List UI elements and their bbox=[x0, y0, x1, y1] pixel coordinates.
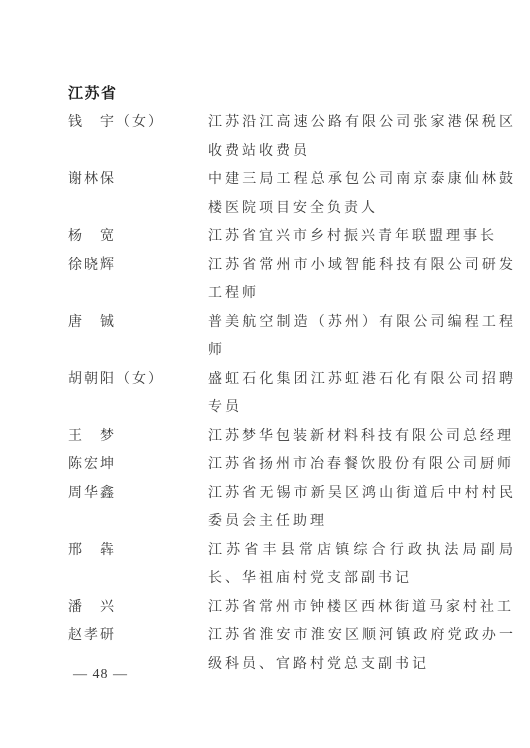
person-name: 王 梦 bbox=[68, 423, 208, 452]
person-affiliation: 江苏沿江高速公路有限公司张家港保税区收费站收费员 bbox=[208, 109, 516, 166]
person-affiliation: 江苏省常州市小域智能科技有限公司研发工程师 bbox=[208, 252, 516, 309]
section-header-province: 江苏省 bbox=[68, 84, 118, 104]
person-name: 陈宏坤 bbox=[68, 451, 208, 480]
list-item: 钱 宇（女） 江苏沿江高速公路有限公司张家港保税区收费站收费员 bbox=[68, 109, 516, 166]
person-name: 周华鑫 bbox=[68, 480, 208, 509]
person-affiliation: 江苏省扬州市冶春餐饮股份有限公司厨师 bbox=[208, 451, 516, 480]
person-name: 邢 犇 bbox=[68, 537, 208, 566]
person-name: 钱 宇（女） bbox=[68, 109, 208, 138]
list-item: 陈宏坤 江苏省扬州市冶春餐饮股份有限公司厨师 bbox=[68, 451, 516, 480]
list-item: 潘 兴 江苏省常州市钟楼区西林街道马家村社工 bbox=[68, 594, 516, 623]
honoree-list: 钱 宇（女） 江苏沿江高速公路有限公司张家港保税区收费站收费员 谢林保 中建三局… bbox=[68, 109, 516, 679]
list-item: 徐晓辉 江苏省常州市小域智能科技有限公司研发工程师 bbox=[68, 252, 516, 309]
list-item: 周华鑫 江苏省无锡市新吴区鸿山街道后中村村民委员会主任助理 bbox=[68, 480, 516, 537]
person-name: 唐 铖 bbox=[68, 309, 208, 338]
person-affiliation: 江苏省丰县常店镇综合行政执法局副局长、华祖庙村党支部副书记 bbox=[208, 537, 516, 594]
person-affiliation: 江苏省宜兴市乡村振兴青年联盟理事长 bbox=[208, 223, 516, 252]
list-item: 邢 犇 江苏省丰县常店镇综合行政执法局副局长、华祖庙村党支部副书记 bbox=[68, 537, 516, 594]
person-name: 徐晓辉 bbox=[68, 252, 208, 281]
list-item: 赵孝研 江苏省淮安市淮安区顺河镇政府党政办一级科员、官路村党总支副书记 bbox=[68, 622, 516, 679]
list-item: 杨 宽 江苏省宜兴市乡村振兴青年联盟理事长 bbox=[68, 223, 516, 252]
person-affiliation: 江苏省淮安市淮安区顺河镇政府党政办一级科员、官路村党总支副书记 bbox=[208, 622, 516, 679]
person-name: 杨 宽 bbox=[68, 223, 208, 252]
person-affiliation: 普美航空制造（苏州）有限公司编程工程师 bbox=[208, 309, 516, 366]
page-number: — 48 — bbox=[73, 665, 128, 685]
person-name: 胡朝阳（女） bbox=[68, 366, 208, 395]
person-name: 谢林保 bbox=[68, 166, 208, 195]
person-affiliation: 江苏省常州市钟楼区西林街道马家村社工 bbox=[208, 594, 516, 623]
person-name: 潘 兴 bbox=[68, 594, 208, 623]
list-item: 唐 铖 普美航空制造（苏州）有限公司编程工程师 bbox=[68, 309, 516, 366]
person-affiliation: 江苏梦华包装新材料科技有限公司总经理 bbox=[208, 423, 516, 452]
person-name: 赵孝研 bbox=[68, 622, 208, 651]
list-item: 胡朝阳（女） 盛虹石化集团江苏虹港石化有限公司招聘专员 bbox=[68, 366, 516, 423]
document-page: 江苏省 钱 宇（女） 江苏沿江高速公路有限公司张家港保税区收费站收费员 谢林保 … bbox=[0, 0, 530, 748]
person-affiliation: 盛虹石化集团江苏虹港石化有限公司招聘专员 bbox=[208, 366, 516, 423]
person-affiliation: 中建三局工程总承包公司南京泰康仙林鼓楼医院项目安全负责人 bbox=[208, 166, 516, 223]
list-item: 王 梦 江苏梦华包装新材料科技有限公司总经理 bbox=[68, 423, 516, 452]
list-item: 谢林保 中建三局工程总承包公司南京泰康仙林鼓楼医院项目安全负责人 bbox=[68, 166, 516, 223]
person-affiliation: 江苏省无锡市新吴区鸿山街道后中村村民委员会主任助理 bbox=[208, 480, 516, 537]
